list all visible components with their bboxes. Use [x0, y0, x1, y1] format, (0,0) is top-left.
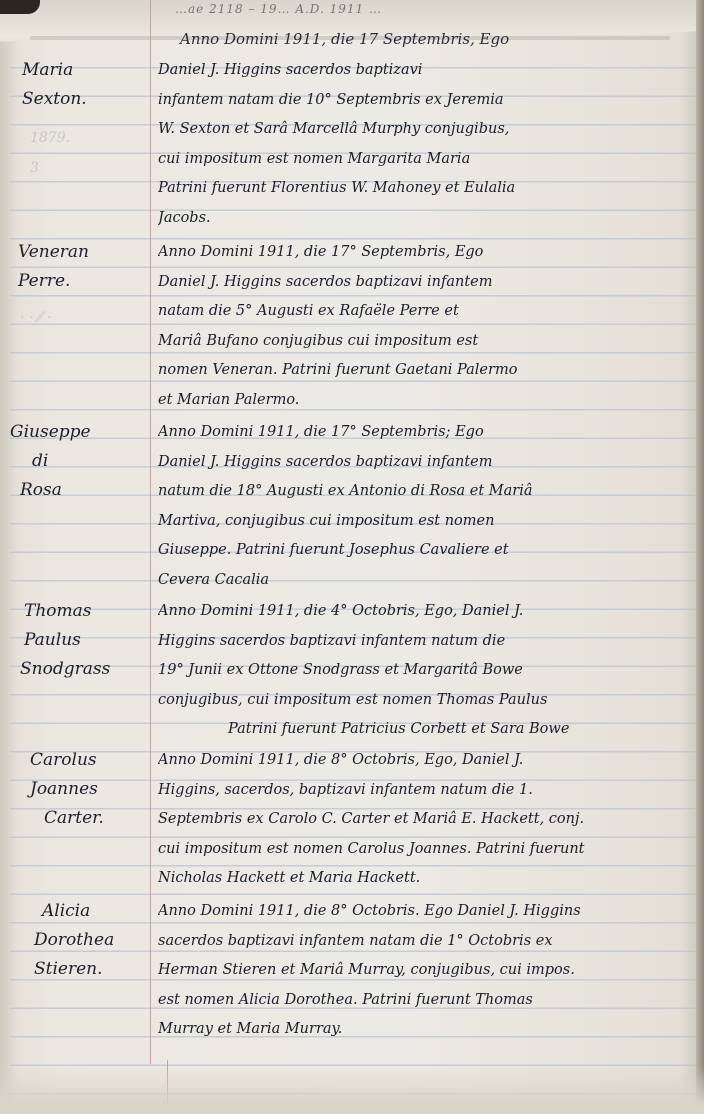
register-page: …ae 2118 – 19… A.D. 1911 … Anno Domini 1… [0, 0, 704, 1114]
text-line: Patrini fuerunt Patricius Corbett et Sar… [158, 715, 694, 745]
text-line: Jacobs. [158, 204, 694, 234]
text-line: Daniel J. Higgins sacerdos baptizavi [158, 56, 694, 86]
text-line: Anno Domini 1911, die 8° Octobris, Ego, … [158, 746, 694, 776]
text-line: Nicholas Hackett et Maria Hackett. [158, 864, 694, 894]
page-corner-shadow [0, 0, 40, 14]
name-line: Thomas [24, 597, 156, 626]
text-line: Anno Domini 1911, die 17° Septembris; Eg… [158, 418, 694, 448]
text-line: Mariâ Bufano conjugibus cui impositum es… [158, 327, 694, 357]
text-line: Martiva, conjugibus cui impositum est no… [158, 507, 694, 537]
entry-margin-name: Giuseppe di Rosa [10, 418, 142, 505]
text-line: est nomen Alicia Dorothea. Patrini fueru… [158, 986, 694, 1016]
entry-text: Anno Domini 1911, die 4° Octobris, Ego, … [158, 597, 694, 745]
text-line: 19° Junii ex Ottone Snodgrass et Margari… [158, 656, 694, 686]
text-line: Patrini fuerunt Florentius W. Mahoney et… [158, 174, 694, 204]
page-bottom-edge [0, 1066, 704, 1114]
entry-margin-name: Carolus Joannes Carter. [30, 746, 162, 833]
name-line: Rosa [10, 476, 142, 505]
bleed-through-mark: · · ⁄⁄ · [20, 310, 51, 326]
text-line: Murray et Maria Murray. [158, 1015, 694, 1045]
text-line: Higgins sacerdos baptizavi infantem natu… [158, 627, 694, 657]
entry-text: Anno Domini 1911, die 17° Septembris; Eg… [158, 418, 694, 595]
text-line: natam die 5° Augusti ex Rafaële Perre et [158, 297, 694, 327]
entry-text: Anno Domini 1911, die 17° Septembris, Eg… [158, 238, 694, 415]
name-line: Maria [22, 56, 154, 85]
text-line: Daniel J. Higgins sacerdos baptizavi inf… [158, 268, 694, 298]
name-line: di [10, 447, 142, 476]
faded-header-text: …ae 2118 – 19… A.D. 1911 … [175, 2, 382, 16]
text-line: Septembris ex Carolo C. Carter et Mariâ … [158, 805, 694, 835]
text-line: cui impositum est nomen Margarita Maria [158, 145, 694, 175]
name-line: Giuseppe [10, 418, 142, 447]
entry-text: Anno Domini 1911, die 8° Octobris, Ego, … [158, 746, 694, 894]
torn-first-line: Anno Domini 1911, die 17 Septembris, Ego [180, 30, 509, 48]
name-line: Perre. [18, 267, 150, 296]
text-line: sacerdos baptizavi infantem natam die 1°… [158, 927, 694, 957]
text-line: infantem natam die 10° Septembris ex Jer… [158, 86, 694, 116]
text-line: Daniel J. Higgins sacerdos baptizavi inf… [158, 448, 694, 478]
text-line: Herman Stieren et Mariâ Murray, conjugib… [158, 956, 694, 986]
name-line: Joannes [30, 775, 162, 804]
bleed-through-mark: 1879. [30, 130, 70, 146]
text-line: Higgins, sacerdos, baptizavi infantem na… [158, 776, 694, 806]
name-line: Veneran [18, 238, 150, 267]
name-line: Alicia [34, 897, 166, 926]
text-line: Anno Domini 1911, die 17° Septembris, Eg… [158, 238, 694, 268]
text-line: conjugibus, cui impositum est nomen Thom… [158, 686, 694, 716]
text-line: Anno Domini 1911, die 8° Octobris. Ego D… [158, 897, 694, 927]
text-line: W. Sexton et Sarâ Marcellâ Murphy conjug… [158, 115, 694, 145]
entry-margin-name: Thomas Paulus Snodgrass [24, 597, 156, 684]
text-line: natum die 18° Augusti ex Antonio di Rosa… [158, 477, 694, 507]
name-line: Carter. [30, 804, 162, 833]
name-line: Paulus [24, 626, 156, 655]
text-line: Anno Domini 1911, die 4° Octobris, Ego, … [158, 597, 694, 627]
page-right-edge [696, 0, 704, 1114]
name-line: Dorothea [34, 926, 166, 955]
entry-margin-name: Veneran Perre. [18, 238, 150, 296]
text-line: Cevera Cacalia [158, 566, 694, 596]
entry-margin-name: Maria Sexton. [22, 56, 154, 114]
entry-margin-name: Alicia Dorothea Stieren. [34, 897, 166, 984]
name-line: Carolus [30, 746, 162, 775]
text-line: et Marian Palermo. [158, 386, 694, 416]
text-line: nomen Veneran. Patrini fuerunt Gaetani P… [158, 356, 694, 386]
name-line: Snodgrass [20, 655, 156, 684]
entry-text: Anno Domini 1911, die 8° Octobris. Ego D… [158, 897, 694, 1045]
entry-text: Daniel J. Higgins sacerdos baptizavi inf… [158, 56, 694, 233]
name-line: Sexton. [22, 85, 154, 114]
text-line: Giuseppe. Patrini fuerunt Josephus Caval… [158, 536, 694, 566]
text-line: cui impositum est nomen Carolus Joannes.… [158, 835, 694, 865]
name-line: Stieren. [34, 955, 166, 984]
bleed-through-mark: 3 [30, 160, 39, 176]
